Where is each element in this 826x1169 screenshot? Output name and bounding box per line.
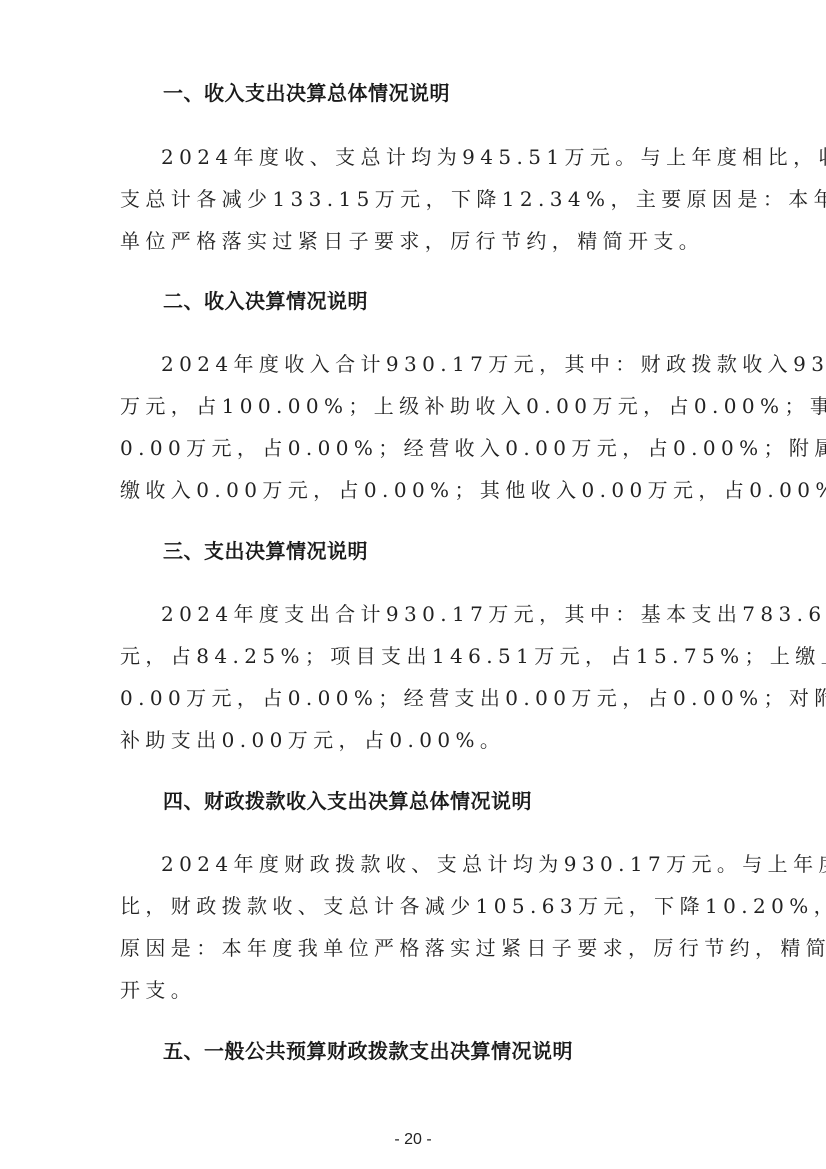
section-3-paragraph: 2024年度支出合计930.17万元，其中：基本支出783.66万 元，占84.…	[120, 593, 720, 761]
section-5-heading: 五、一般公共预算财政拨款支出决算情况说明	[163, 1038, 573, 1064]
paragraph-line: 补助支出0.00万元，占0.00%。	[120, 719, 720, 761]
section-1-paragraph: 2024年度收、支总计均为945.51万元。与上年度相比，收、 支总计各减少13…	[120, 136, 720, 262]
section-4-paragraph: 2024年度财政拨款收、支总计均为930.17万元。与上年度相 比，财政拨款收、…	[120, 843, 720, 1011]
document-page: 一、收入支出决算总体情况说明 2024年度收、支总计均为945.51万元。与上年…	[0, 0, 826, 1169]
paragraph-line: 支总计各减少133.15万元，下降12.34%，主要原因是：本年度我	[120, 178, 720, 220]
paragraph-line: 2024年度收、支总计均为945.51万元。与上年度相比，收、	[120, 136, 720, 178]
paragraph-line: 0.00万元，占0.00%；经营收入0.00万元，占0.00%；附属单位上	[120, 427, 720, 469]
paragraph-line: 元，占84.25%；项目支出146.51万元，占15.75%；上缴上级支出	[120, 635, 720, 677]
paragraph-line: 原因是：本年度我单位严格落实过紧日子要求，厉行节约，精简	[120, 927, 720, 969]
paragraph-line: 2024年度收入合计930.17万元，其中：财政拨款收入930.17	[120, 343, 720, 385]
section-3-heading: 三、支出决算情况说明	[163, 538, 368, 564]
paragraph-line: 0.00万元，占0.00%；经营支出0.00万元，占0.00%；对附属单位	[120, 677, 720, 719]
section-2-paragraph: 2024年度收入合计930.17万元，其中：财政拨款收入930.17 万元，占1…	[120, 343, 720, 511]
paragraph-line: 缴收入0.00万元，占0.00%；其他收入0.00万元，占0.00%。	[120, 469, 720, 511]
paragraph-line: 开支。	[120, 969, 720, 1011]
paragraph-line: 比，财政拨款收、支总计各减少105.63万元，下降10.20%，主要	[120, 885, 720, 927]
section-1-heading: 一、收入支出决算总体情况说明	[163, 80, 450, 106]
paragraph-line: 单位严格落实过紧日子要求，厉行节约，精简开支。	[120, 220, 720, 262]
paragraph-line: 2024年度支出合计930.17万元，其中：基本支出783.66万	[120, 593, 720, 635]
paragraph-line: 2024年度财政拨款收、支总计均为930.17万元。与上年度相	[120, 843, 720, 885]
page-number: - 20 -	[0, 1131, 826, 1149]
section-2-heading: 二、收入决算情况说明	[163, 288, 368, 314]
section-4-heading: 四、财政拨款收入支出决算总体情况说明	[163, 788, 532, 814]
paragraph-line: 万元，占100.00%；上级补助收入0.00万元，占0.00%；事业收入	[120, 385, 720, 427]
